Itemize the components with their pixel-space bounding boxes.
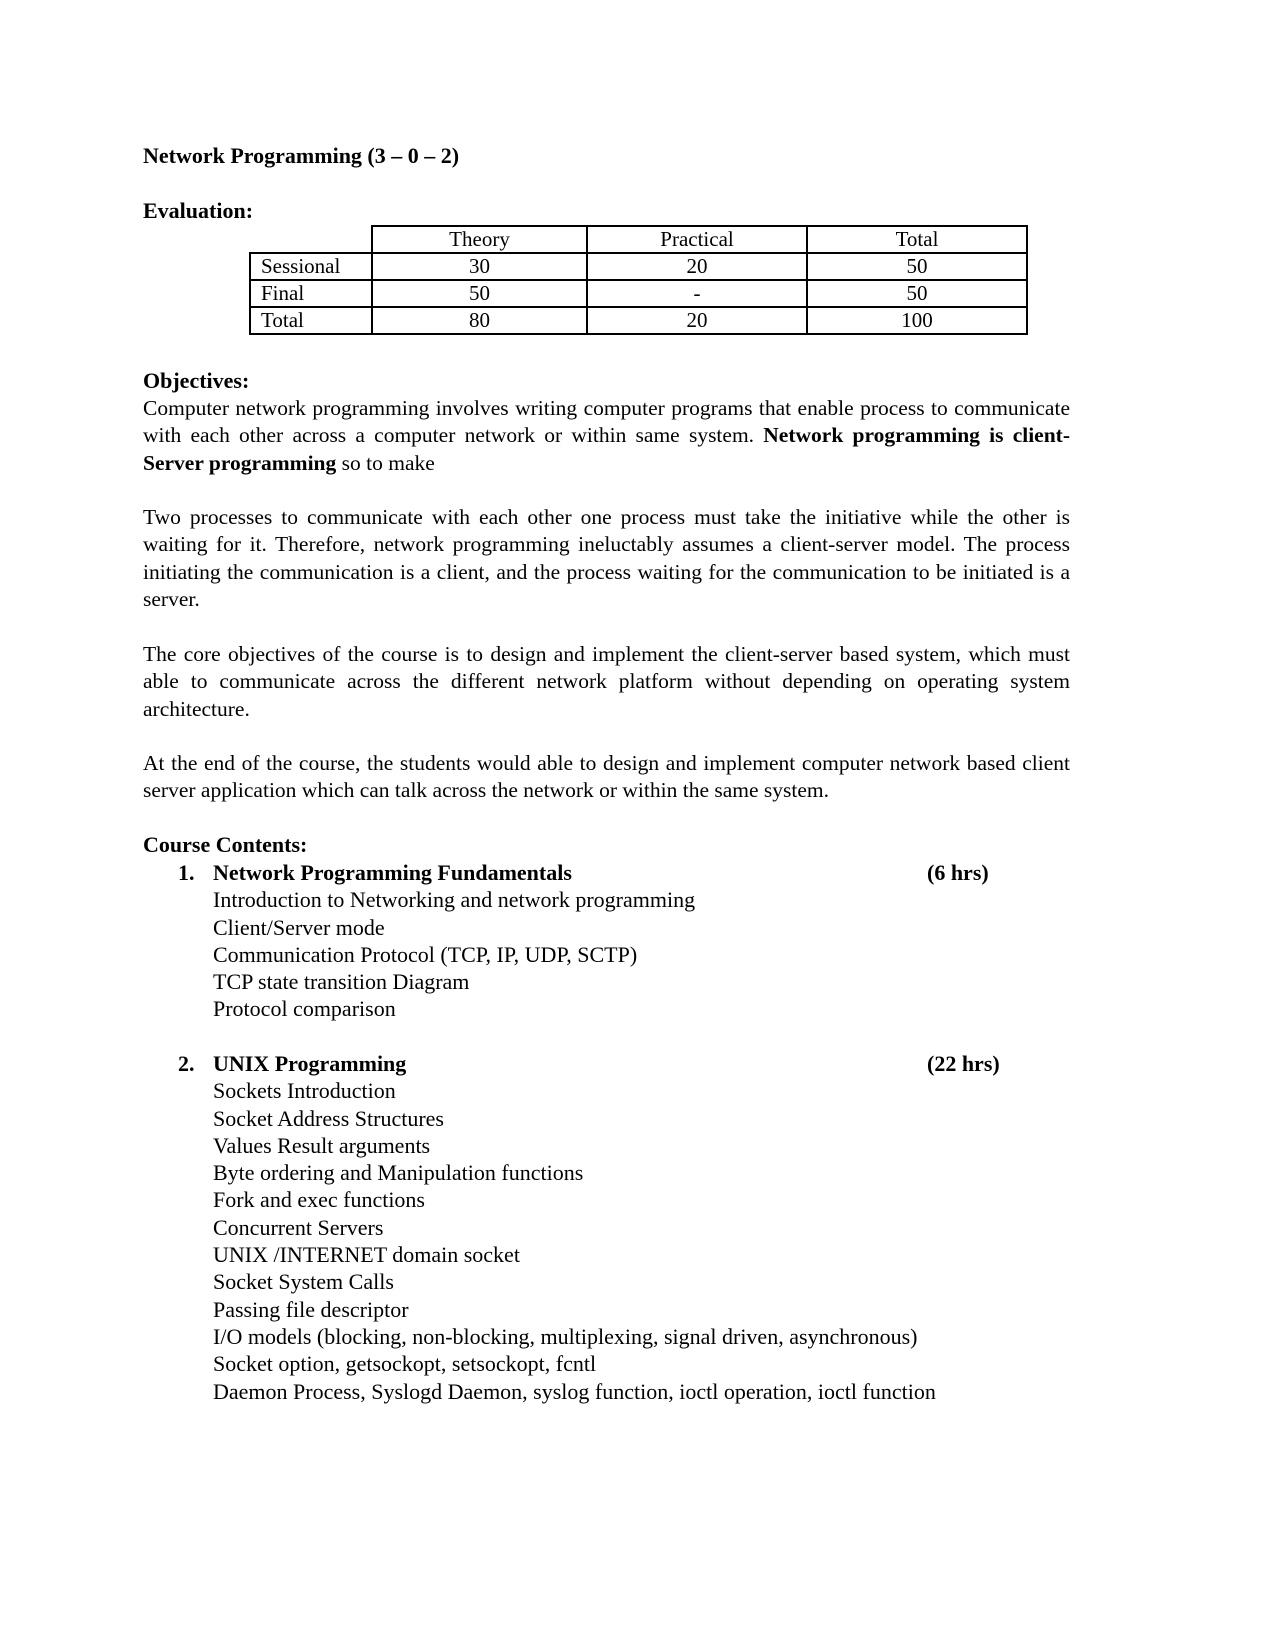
column-header-total: Total (807, 226, 1027, 253)
row-label: Sessional (250, 253, 372, 280)
cell-theory: 50 (372, 280, 587, 307)
list-item: Socket System Calls (178, 1268, 1008, 1295)
unit-number: 2. (178, 1050, 195, 1077)
evaluation-heading: Evaluation: (143, 198, 253, 224)
objectives-heading: Objectives: (143, 368, 249, 394)
list-item: I/O models (blocking, non-blocking, mult… (178, 1323, 1008, 1350)
list-item: Socket option, getsockopt, setsockopt, f… (178, 1350, 1008, 1377)
cell-total: 50 (807, 253, 1027, 280)
cell-theory: 30 (372, 253, 587, 280)
list-item: Concurrent Servers (178, 1214, 1008, 1241)
evaluation-table-header: Theory Practical Total (250, 226, 1027, 253)
cell-practical: - (587, 280, 807, 307)
list-item: Protocol comparison (178, 995, 1008, 1022)
column-header-practical: Practical (587, 226, 807, 253)
table-row: Total 80 20 100 (250, 307, 1027, 334)
list-item: Passing file descriptor (178, 1296, 1008, 1323)
objectives-paragraph-3: The core objectives of the course is to … (143, 641, 1070, 723)
row-label: Final (250, 280, 372, 307)
unit-header: 1. Network Programming Fundamentals (6 h… (178, 859, 1008, 886)
unit-1: 1. Network Programming Fundamentals (6 h… (178, 859, 1008, 1023)
unit-2: 2. UNIX Programming (22 hrs) Sockets Int… (178, 1050, 1008, 1405)
objectives-paragraph-1: Computer network programming involves wr… (143, 395, 1070, 477)
list-item: Communication Protocol (TCP, IP, UDP, SC… (178, 941, 1008, 968)
objectives-paragraph-4: At the end of the course, the students w… (143, 750, 1070, 805)
cell-total: 100 (807, 307, 1027, 334)
cell-practical: 20 (587, 253, 807, 280)
list-item: Byte ordering and Manipulation functions (178, 1159, 1008, 1186)
unit-hours: (6 hrs) (927, 859, 989, 886)
objectives-paragraph-2: Two processes to communicate with each o… (143, 504, 1070, 613)
list-item: Fork and exec functions (178, 1186, 1008, 1213)
list-item: TCP state transition Diagram (178, 968, 1008, 995)
list-item: Sockets Introduction (178, 1077, 1008, 1104)
unit-number: 1. (178, 859, 195, 886)
course-contents-heading: Course Contents: (143, 832, 307, 858)
list-item: Daemon Process, Syslogd Daemon, syslog f… (178, 1378, 1008, 1405)
evaluation-table: Theory Practical Total Sessional 30 20 5… (249, 225, 1028, 335)
paragraph-tail-text: so to make (336, 451, 435, 475)
unit-hours: (22 hrs) (927, 1050, 1000, 1077)
table-row: Final 50 - 50 (250, 280, 1027, 307)
unit-title: UNIX Programming (213, 1050, 406, 1077)
list-item: Socket Address Structures (178, 1105, 1008, 1132)
list-item: Client/Server mode (178, 914, 1008, 941)
table-row: Sessional 30 20 50 (250, 253, 1027, 280)
column-header-theory: Theory (372, 226, 587, 253)
course-title: Network Programming (3 – 0 – 2) (143, 143, 459, 169)
cell-total: 50 (807, 280, 1027, 307)
list-item: Values Result arguments (178, 1132, 1008, 1159)
list-item: Introduction to Networking and network p… (178, 886, 1008, 913)
table-corner-cell (250, 226, 372, 253)
list-item: UNIX /INTERNET domain socket (178, 1241, 1008, 1268)
cell-theory: 80 (372, 307, 587, 334)
row-label: Total (250, 307, 372, 334)
cell-practical: 20 (587, 307, 807, 334)
unit-header: 2. UNIX Programming (22 hrs) (178, 1050, 1008, 1077)
unit-title: Network Programming Fundamentals (213, 859, 572, 886)
